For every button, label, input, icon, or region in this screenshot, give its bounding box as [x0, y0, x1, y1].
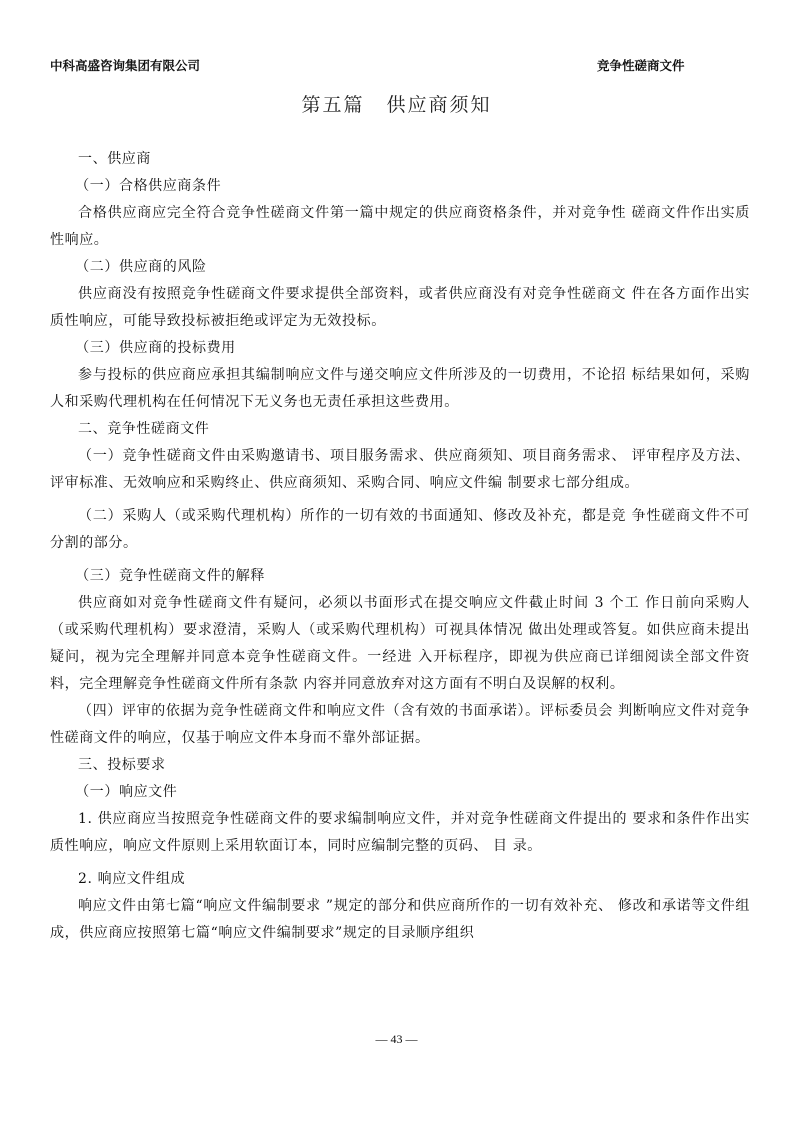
paragraph: 响应文件由第七篇“响应文件编制要求 ”规定的部分和供应商所作的一切有效补充、 修… — [50, 893, 750, 947]
subsection-heading: （二）供应商的风险 — [50, 254, 750, 281]
title-part: 第五篇 — [301, 94, 364, 116]
page-number: — 43 — — [0, 1032, 793, 1047]
document-body: 一、供应商（一）合格供应商条件合格供应商应完全符合竞争性磋商文件第一篇中规定的供… — [50, 146, 750, 947]
paragraph: 1. 供应商应当按照竞争性磋商文件的要求编制响应文件，并对竞争性磋商文件提出的 … — [50, 806, 750, 860]
paragraph: 供应商如对竞争性磋商文件有疑问，必须以书面形式在提交响应文件截止时间 3 个工 … — [50, 590, 750, 698]
title-name: 供应商须知 — [387, 94, 492, 116]
section-heading: 三、投标要求 — [50, 752, 750, 779]
section-heading: 二、竞争性磋商文件 — [50, 416, 750, 443]
section-heading: 2. 响应文件组成 — [50, 866, 750, 893]
paragraph: （四）评审的依据为竞争性磋商文件和响应文件（含有效的书面承诺）。评标委员会 判断… — [50, 698, 750, 752]
paragraph: （一）竞争性磋商文件由采购邀请书、项目服务需求、供应商须知、项目商务需求、 评审… — [50, 443, 750, 497]
header-company: 中科高盛咨询集团有限公司 — [50, 56, 200, 74]
paragraph: 供应商没有按照竞争性磋商文件要求提供全部资料，或者供应商没有对竞争性磋商文 件在… — [50, 281, 750, 335]
subsection-heading: （三）供应商的投标费用 — [50, 335, 750, 362]
subsection-heading: （一）合格供应商条件 — [50, 173, 750, 200]
subsection-heading: （一）响应文件 — [50, 779, 750, 806]
subsection-heading: （三）竞争性磋商文件的解释 — [50, 563, 750, 590]
paragraph: 参与投标的供应商应承担其编制响应文件与递交响应文件所涉及的一切费用，不论招 标结… — [50, 362, 750, 416]
paragraph: 合格供应商应完全符合竞争性磋商文件第一篇中规定的供应商资格条件，并对竞争性 磋商… — [50, 200, 750, 254]
paragraph: （二）采购人（或采购代理机构）所作的一切有效的书面通知、修改及补充，都是竞 争性… — [50, 503, 750, 557]
page-title: 第五篇供应商须知 — [0, 90, 793, 117]
section-heading: 一、供应商 — [50, 146, 750, 173]
header-doc-type: 竞争性磋商文件 — [597, 56, 685, 74]
